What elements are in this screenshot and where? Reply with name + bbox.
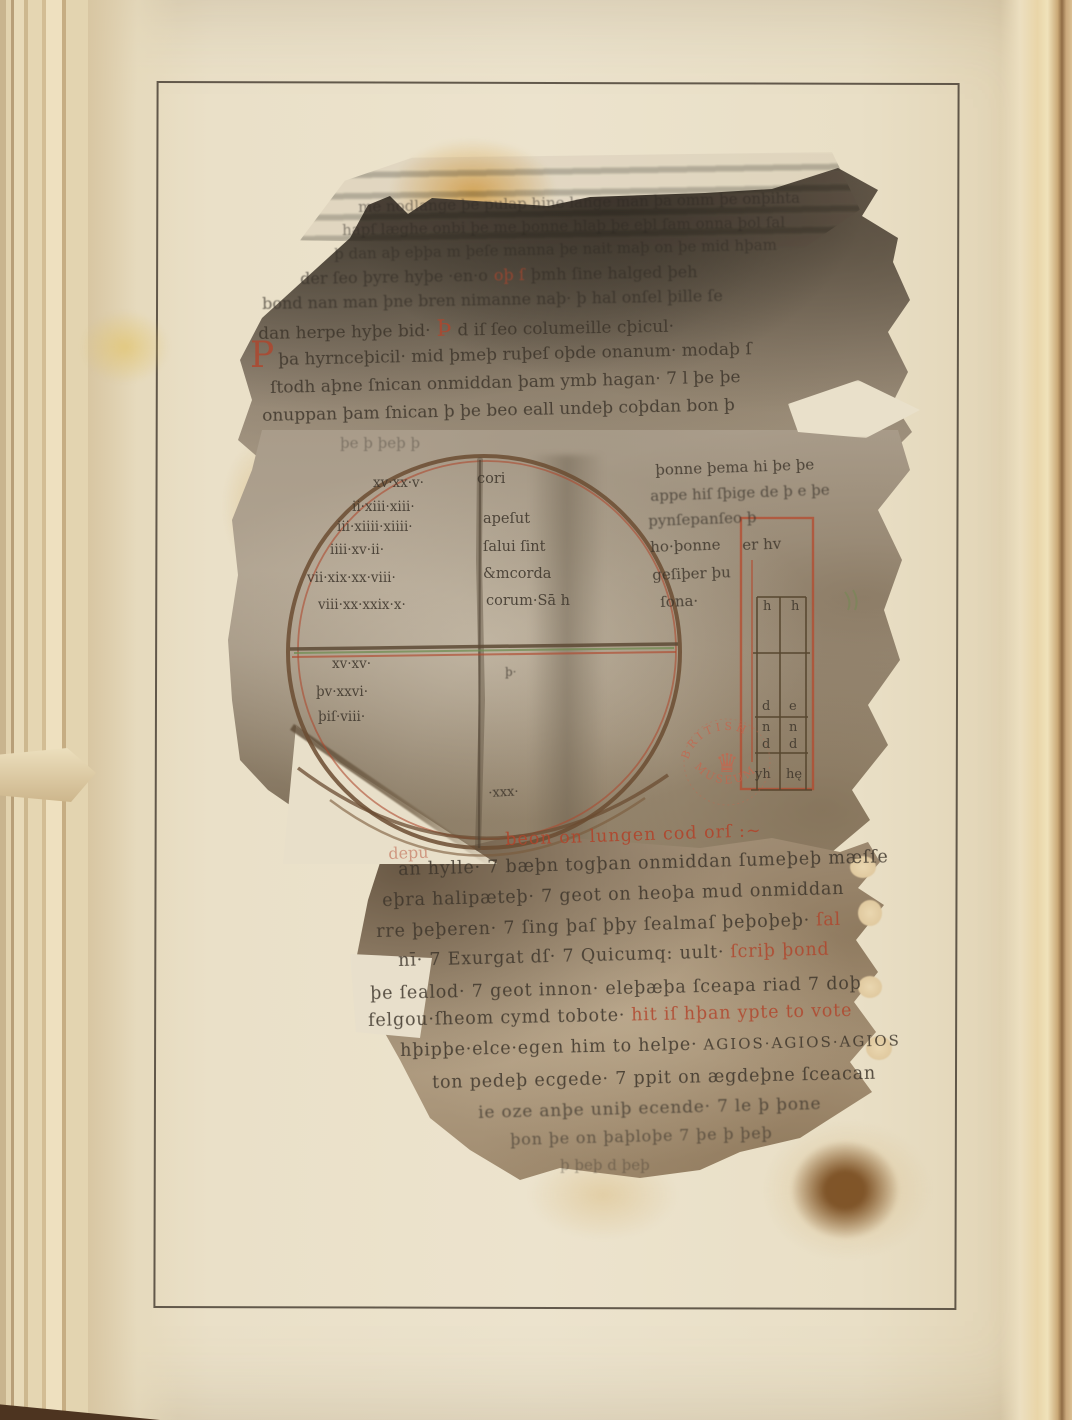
right-line: geſiþer þu bbox=[652, 565, 731, 583]
sphere-numeral: vii·xix·xx·viii· bbox=[307, 572, 396, 586]
sphere-numeral: ii·xiii·xiii· bbox=[352, 501, 415, 515]
red-word: ſcriþ þond bbox=[730, 942, 830, 962]
book-left-page-edges bbox=[0, 0, 88, 1420]
sphere-numeral: iii·xiiii·xiiii· bbox=[337, 521, 413, 535]
top-line-segment: der ſeo þyre hyþe ·en·o bbox=[300, 268, 488, 287]
right-line: er hv bbox=[742, 537, 781, 553]
grid-cell-letter: n bbox=[789, 721, 797, 734]
sphere-numeral: ·xxx· bbox=[488, 785, 519, 800]
grid-cell-letter: hę bbox=[786, 768, 802, 781]
sphere-word: &mcorda bbox=[483, 567, 551, 582]
grid-cell-letter: d bbox=[789, 738, 797, 751]
right-line: pynſepanſeo þ bbox=[648, 510, 757, 529]
sphere-word: cori bbox=[477, 472, 505, 487]
book-fore-edge bbox=[1000, 0, 1072, 1420]
top-line-segment: þmh ſine halged þeh bbox=[531, 264, 698, 283]
grid-cell-letter: h bbox=[763, 600, 771, 613]
sphere-word: corum·Sā h bbox=[486, 594, 570, 609]
grid-cell-letter: n bbox=[762, 721, 770, 734]
center-smudge bbox=[530, 455, 604, 850]
right-line: ſona· bbox=[660, 594, 698, 610]
sphere-word: apeſut bbox=[483, 512, 530, 527]
sphere-numeral: iiii·xv·ii· bbox=[330, 544, 384, 558]
grid-cell-letter: h bbox=[791, 600, 799, 613]
sphere-numeral: viii·xx·xxix·x· bbox=[318, 599, 406, 613]
manuscript-photo: BRITISH MUSEUM ♛ me nodlange þe pulap hi… bbox=[0, 0, 1072, 1420]
sphere-numeral: þiſ·viii· bbox=[318, 711, 365, 725]
sphere-numeral: þv·xxvi· bbox=[316, 686, 368, 700]
top-line-segment: dan herpe hyþe bid· bbox=[258, 323, 431, 343]
grid-cell-letter: yh bbox=[755, 768, 771, 781]
right-line: ho·þonne bbox=[650, 538, 721, 555]
red-word: oþ ſ bbox=[494, 267, 525, 284]
sphere-word: ſalui ſint bbox=[483, 540, 545, 555]
stain-brown-bottom-right bbox=[790, 1140, 900, 1240]
sphere-numeral: xv·xv· bbox=[332, 658, 371, 672]
sphere-numeral: xv·xx·v· bbox=[373, 477, 424, 491]
grid-cell-letter: d bbox=[762, 738, 770, 751]
sphere-mark: þ· bbox=[505, 666, 517, 678]
agios-invocation: AGIOS·AGIOS·AGIOS bbox=[703, 1034, 901, 1053]
stain-yellow-left bbox=[80, 310, 170, 384]
top-line: þe þ þeþ þ bbox=[340, 436, 420, 451]
red-word: ſal bbox=[816, 912, 841, 930]
grid-cell-letter: d bbox=[762, 700, 770, 713]
red-initial-thorn: Þ bbox=[436, 319, 451, 341]
red-drop-cap: P bbox=[250, 338, 274, 374]
lower-line: þ þeþ d þeþ bbox=[560, 1158, 650, 1173]
grid-cell-letter: e bbox=[789, 700, 797, 713]
worm-hole bbox=[858, 900, 882, 926]
top-line-segment: d iſ ſeo columeille cþicul· bbox=[457, 319, 674, 340]
